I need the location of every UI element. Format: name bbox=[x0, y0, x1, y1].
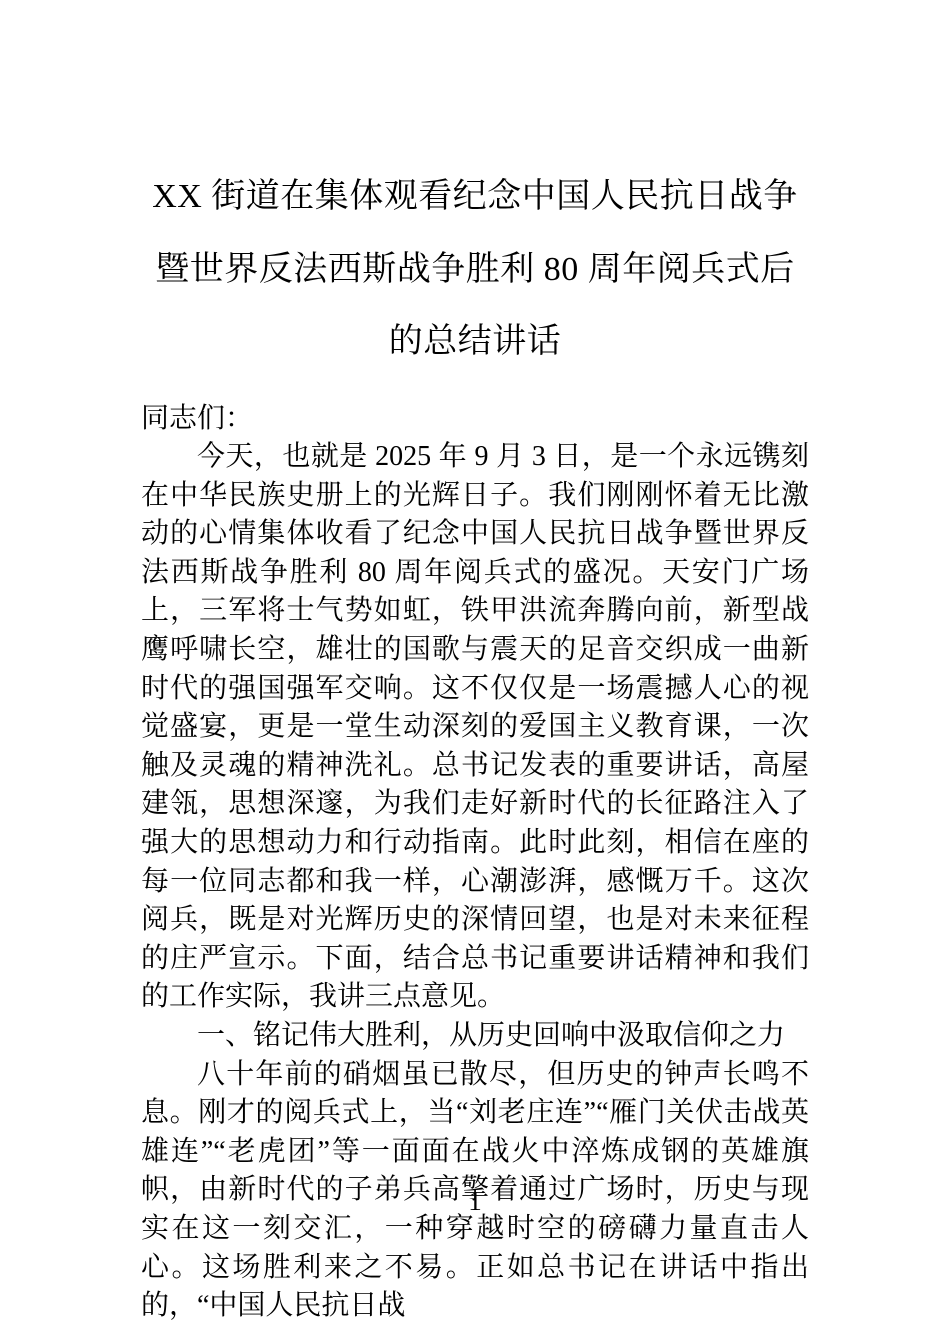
page-number: 1 bbox=[0, 1183, 950, 1219]
opening-paragraph: 今天，也就是 2025 年 9 月 3 日，是一个永远镌刻在中华民族史册上的光辉… bbox=[141, 438, 809, 1017]
document-title-line-3: 的总结讲话 bbox=[140, 306, 810, 379]
section-1-heading: 一、铭记伟大胜利，从历史回响中汲取信仰之力 bbox=[141, 1017, 809, 1056]
document-title-line-2: 暨世界反法西斯战争胜利 80 周年阅兵式后 bbox=[140, 234, 810, 307]
document-title-line-1: XX 街道在集体观看纪念中国人民抗日战争 bbox=[140, 161, 810, 234]
document-page: XX 街道在集体观看纪念中国人民抗日战争 暨世界反法西斯战争胜利 80 周年阅兵… bbox=[0, 0, 950, 1344]
document-title: XX 街道在集体观看纪念中国人民抗日战争 暨世界反法西斯战争胜利 80 周年阅兵… bbox=[140, 0, 810, 379]
salutation: 同志们： bbox=[141, 400, 809, 439]
